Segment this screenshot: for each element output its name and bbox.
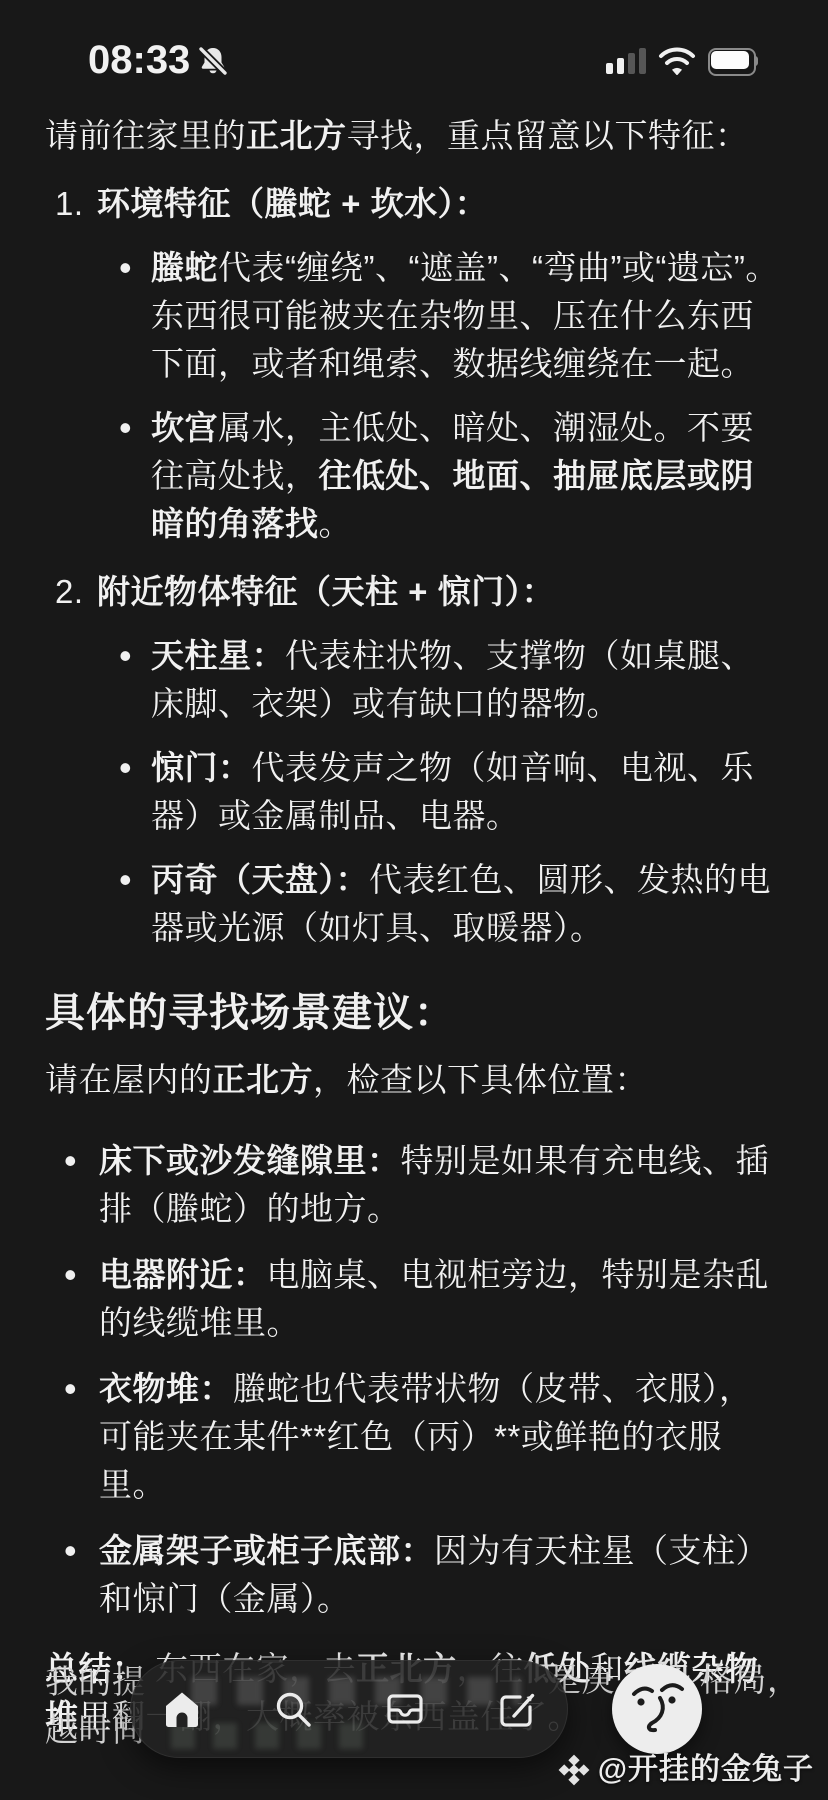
check-intro-paragraph: 请在屋内的正北方，检查以下具体位置： [45,1056,783,1104]
bottom-navigation-dock [130,1660,568,1758]
wifi-icon [658,47,696,75]
bullet-jingmen: 惊门：代表发声之物（如音响、电视、乐器）或金属制品、电器。 [119,744,783,840]
section-heading: 具体的寻找场景建议： [45,986,783,1040]
bullet-clothes: 衣物堆：螣蛇也代表带状物（皮带、衣服），可能夹在某件**红色（丙）**或鲜艳的衣… [64,1365,783,1509]
item-heading: 环境特征（螣蛇 + 坎水）： [97,185,488,222]
bullet-kangong: 坎宫属水，主低处、暗处、潮湿处。不要往高处找，往低处、地面、抽屉底层或阴暗的角落… [119,404,783,548]
face-logo-icon [612,1664,702,1754]
bullet-tianzhu: 天柱星：代表柱状物、支撑物（如桌腿、床脚、衣架）或有缺口的器物。 [119,632,783,728]
bullet-metal-shelf: 金属架子或柜子底部：因为有天柱星（支柱）和惊门（金属）。 [64,1527,783,1623]
check-list: 床下或沙发缝隙里：特别是如果有充电线、插排（螣蛇）的地方。 电器附近：电脑桌、电… [64,1137,783,1623]
phone-screen: 08:33 [0,0,828,1800]
status-bar: 08:33 [0,0,828,96]
sub-bullet-list: 天柱星：代表柱状物、支撑物（如桌腿、床脚、衣架）或有缺口的器物。 惊门：代表发声… [119,632,783,952]
status-indicators [606,44,758,78]
numbered-item-objects: 2.附近物体特征（天柱 + 惊门）： 天柱星：代表柱状物、支撑物（如桌腿、床脚、… [55,568,783,952]
search-icon[interactable] [270,1686,316,1732]
bullet-tengshe: 螣蛇代表“缠绕”、“遮盖”、“弯曲”或“遗忘”。东西很可能被夹在杂物里、压在什么… [119,244,783,388]
inbox-icon[interactable] [382,1686,428,1732]
message-content: 请前往家里的正北方寻找，重点留意以下特征： 1.环境特征（螣蛇 + 坎水）： 螣… [0,0,828,1741]
numbered-item-environment: 1.环境特征（螣蛇 + 坎水）： 螣蛇代表“缠绕”、“遮盖”、“弯曲”或“遗忘”… [55,180,783,548]
compose-icon[interactable] [493,1686,539,1732]
diamond-logo-icon [558,1754,590,1786]
blurred-background-text [191,1677,521,1705]
bullet-appliances: 电器附近：电脑桌、电视柜旁边，特别是杂乱的线缆堆里。 [64,1251,783,1347]
bullet-bingqi: 丙奇（天盘）：代表红色、圆形、发热的电器或光源（如灯具、取暖器）。 [119,856,783,952]
battery-icon [708,48,758,74]
list-number: 2. [55,568,97,616]
signal-strength-icon [606,48,646,74]
clock: 08:33 [88,38,190,82]
intro-paragraph: 请前往家里的正北方寻找，重点留意以下特征： [45,112,783,160]
obscured-text-fragment: 格局， [700,1656,801,1704]
bell-muted-icon [196,44,230,78]
home-icon[interactable] [159,1686,205,1732]
bullet-bed-sofa: 床下或沙发缝隙里：特别是如果有充电线、插排（螣蛇）的地方。 [64,1137,783,1233]
item-heading: 附近物体特征（天柱 + 惊门）： [97,573,555,610]
assistant-avatar-button[interactable] [612,1664,702,1754]
sub-bullet-list: 螣蛇代表“缠绕”、“遮盖”、“弯曲”或“遗忘”。东西很可能被夹在杂物里、压在什么… [119,244,783,548]
watermark: @开挂的金兔子 [558,1752,814,1788]
watermark-handle: @开挂的金兔子 [598,1752,814,1788]
list-number: 1. [55,180,97,228]
